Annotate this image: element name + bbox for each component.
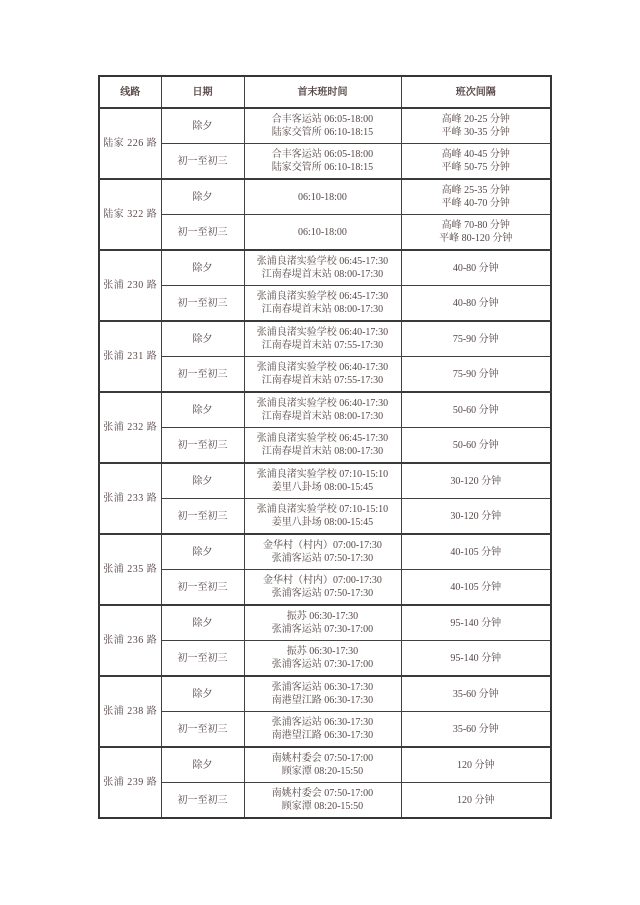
- date-cell: 初一至初三: [161, 641, 244, 677]
- interval-cell-line: 95-140 分钟: [404, 652, 549, 665]
- schedule-row: 张浦 232 路除夕张浦良渚实验学校 06:40-17:30江南春堤首末站 08…: [99, 392, 551, 428]
- route-cell: 张浦 233 路: [99, 463, 161, 534]
- date-cell-line: 除夕: [164, 120, 242, 133]
- times-cell-line: 张浦客运站 07:30-17:00: [247, 658, 399, 671]
- date-cell: 除夕: [161, 676, 244, 712]
- times-cell-line: 张浦良渚实验学校 06:45-17:30: [247, 255, 399, 268]
- interval-cell-line: 50-60 分钟: [404, 439, 549, 452]
- table-body: 陆家 226 路除夕合丰客运站 06:05-18:00陆家交管所 06:10-1…: [99, 108, 551, 818]
- date-cell: 初一至初三: [161, 499, 244, 535]
- times-cell-line: 南港望江路 06:30-17:30: [247, 729, 399, 742]
- schedule-row: 初一至初三06:10-18:00高峰 70-80 分钟平峰 80-120 分钟: [99, 215, 551, 251]
- date-cell-line: 初一至初三: [164, 581, 242, 594]
- times-cell: 金华村（村内）07:00-17:30张浦客运站 07:50-17:30: [244, 570, 401, 606]
- times-cell-line: 陆家交管所 06:10-18:15: [247, 161, 399, 174]
- times-cell-line: 张浦良渚实验学校 06:40-17:30: [247, 326, 399, 339]
- date-cell-line: 初一至初三: [164, 155, 242, 168]
- date-cell: 除夕: [161, 108, 244, 144]
- schedule-row: 张浦 235 路除夕金华村（村内）07:00-17:30张浦客运站 07:50-…: [99, 534, 551, 570]
- interval-cell-line: 40-105 分钟: [404, 581, 549, 594]
- times-cell: 06:10-18:00: [244, 179, 401, 215]
- times-cell: 合丰客运站 06:05-18:00陆家交管所 06:10-18:15: [244, 144, 401, 180]
- times-cell: 合丰客运站 06:05-18:00陆家交管所 06:10-18:15: [244, 108, 401, 144]
- times-cell-line: 张浦良渚实验学校 07:10-15:10: [247, 468, 399, 481]
- times-cell-line: 张浦良渚实验学校 06:40-17:30: [247, 361, 399, 374]
- interval-cell: 120 分钟: [401, 747, 551, 783]
- date-cell: 初一至初三: [161, 357, 244, 393]
- interval-cell-line: 高峰 70-80 分钟: [404, 219, 549, 232]
- times-cell: 南姚村委会 07:50-17:00顾家潭 08:20-15:50: [244, 747, 401, 783]
- interval-cell: 35-60 分钟: [401, 712, 551, 748]
- interval-cell: 40-105 分钟: [401, 534, 551, 570]
- date-cell: 初一至初三: [161, 286, 244, 322]
- interval-cell-line: 50-60 分钟: [404, 404, 549, 417]
- times-cell: 张浦客运站 06:30-17:30南港望江路 06:30-17:30: [244, 676, 401, 712]
- times-cell-line: 江南春堤首末站 08:00-17:30: [247, 410, 399, 423]
- times-cell: 张浦客运站 06:30-17:30南港望江路 06:30-17:30: [244, 712, 401, 748]
- date-cell: 除夕: [161, 747, 244, 783]
- times-cell-line: 合丰客运站 06:05-18:00: [247, 148, 399, 161]
- interval-cell-line: 75-90 分钟: [404, 333, 549, 346]
- times-cell-line: 江南春堤首末站 07:55-17:30: [247, 374, 399, 387]
- schedule-row: 张浦 230 路除夕张浦良渚实验学校 06:45-17:30江南春堤首末站 08…: [99, 250, 551, 286]
- col-header-date: 日期: [161, 76, 244, 108]
- times-cell: 南姚村委会 07:50-17:00顾家潭 08:20-15:50: [244, 783, 401, 819]
- times-cell-line: 南港望江路 06:30-17:30: [247, 694, 399, 707]
- interval-cell-line: 高峰 20-25 分钟: [404, 113, 549, 126]
- times-cell-line: 张浦客运站 07:50-17:30: [247, 552, 399, 565]
- date-cell-line: 初一至初三: [164, 226, 242, 239]
- interval-cell-line: 35-60 分钟: [404, 723, 549, 736]
- date-cell-line: 除夕: [164, 404, 242, 417]
- interval-cell-line: 75-90 分钟: [404, 368, 549, 381]
- times-cell: 振苏 06:30-17:30张浦客运站 07:30-17:00: [244, 605, 401, 641]
- schedule-row: 初一至初三张浦良渚实验学校 07:10-15:10姜里八卦场 08:00-15:…: [99, 499, 551, 535]
- date-cell: 除夕: [161, 605, 244, 641]
- interval-cell-line: 120 分钟: [404, 759, 549, 772]
- date-cell: 除夕: [161, 392, 244, 428]
- date-cell: 除夕: [161, 179, 244, 215]
- schedule-row: 初一至初三张浦良渚实验学校 06:45-17:30江南春堤首末站 08:00-1…: [99, 286, 551, 322]
- date-cell-line: 除夕: [164, 475, 242, 488]
- interval-cell-line: 高峰 25-35 分钟: [404, 184, 549, 197]
- times-cell: 张浦良渚实验学校 07:10-15:10姜里八卦场 08:00-15:45: [244, 499, 401, 535]
- date-cell: 初一至初三: [161, 428, 244, 464]
- interval-cell-line: 平峰 40-70 分钟: [404, 197, 549, 210]
- interval-cell-line: 95-140 分钟: [404, 617, 549, 630]
- interval-cell: 95-140 分钟: [401, 641, 551, 677]
- times-cell-line: 张浦良渚实验学校 06:45-17:30: [247, 432, 399, 445]
- interval-cell: 120 分钟: [401, 783, 551, 819]
- times-cell-line: 顾家潭 08:20-15:50: [247, 765, 399, 778]
- times-cell-line: 江南春堤首末站 08:00-17:30: [247, 268, 399, 281]
- date-cell: 初一至初三: [161, 570, 244, 606]
- times-cell-line: 顾家潭 08:20-15:50: [247, 800, 399, 813]
- date-cell: 初一至初三: [161, 215, 244, 251]
- interval-cell: 35-60 分钟: [401, 676, 551, 712]
- times-cell-line: 江南春堤首末站 08:00-17:30: [247, 303, 399, 316]
- interval-cell-line: 高峰 40-45 分钟: [404, 148, 549, 161]
- times-cell-line: 陆家交管所 06:10-18:15: [247, 126, 399, 139]
- times-cell-line: 振苏 06:30-17:30: [247, 610, 399, 623]
- interval-cell: 50-60 分钟: [401, 392, 551, 428]
- times-cell-line: 张浦客运站 06:30-17:30: [247, 716, 399, 729]
- times-cell-line: 江南春堤首末站 07:55-17:30: [247, 339, 399, 352]
- interval-cell: 75-90 分钟: [401, 321, 551, 357]
- schedule-row: 陆家 322 路除夕06:10-18:00高峰 25-35 分钟平峰 40-70…: [99, 179, 551, 215]
- date-cell: 除夕: [161, 463, 244, 499]
- date-cell-line: 初一至初三: [164, 652, 242, 665]
- date-cell-line: 初一至初三: [164, 510, 242, 523]
- times-cell: 张浦良渚实验学校 06:40-17:30江南春堤首末站 07:55-17:30: [244, 357, 401, 393]
- date-cell-line: 除夕: [164, 191, 242, 204]
- schedule-row: 初一至初三南姚村委会 07:50-17:00顾家潭 08:20-15:50120…: [99, 783, 551, 819]
- interval-cell-line: 40-105 分钟: [404, 546, 549, 559]
- interval-cell: 40-80 分钟: [401, 250, 551, 286]
- interval-cell: 30-120 分钟: [401, 499, 551, 535]
- times-cell: 金华村（村内）07:00-17:30张浦客运站 07:50-17:30: [244, 534, 401, 570]
- interval-cell-line: 平峰 30-35 分钟: [404, 126, 549, 139]
- route-cell: 张浦 231 路: [99, 321, 161, 392]
- schedule-row: 初一至初三张浦良渚实验学校 06:45-17:30江南春堤首末站 08:00-1…: [99, 428, 551, 464]
- col-header-interval: 班次间隔: [401, 76, 551, 108]
- times-cell: 张浦良渚实验学校 06:45-17:30江南春堤首末站 08:00-17:30: [244, 286, 401, 322]
- interval-cell: 40-105 分钟: [401, 570, 551, 606]
- schedule-row: 张浦 238 路除夕张浦客运站 06:30-17:30南港望江路 06:30-1…: [99, 676, 551, 712]
- date-cell: 初一至初三: [161, 144, 244, 180]
- interval-cell: 95-140 分钟: [401, 605, 551, 641]
- schedule-row: 张浦 239 路除夕南姚村委会 07:50-17:00顾家潭 08:20-15:…: [99, 747, 551, 783]
- schedule-row: 张浦 231 路除夕张浦良渚实验学校 06:40-17:30江南春堤首末站 07…: [99, 321, 551, 357]
- interval-cell-line: 120 分钟: [404, 794, 549, 807]
- times-cell-line: 南姚村委会 07:50-17:00: [247, 752, 399, 765]
- route-cell: 张浦 238 路: [99, 676, 161, 747]
- col-header-route: 线路: [99, 76, 161, 108]
- schedule-sheet: 线路 日期 首末班时间 班次间隔 陆家 226 路除夕合丰客运站 06:05-1…: [98, 75, 552, 819]
- schedule-row: 张浦 233 路除夕张浦良渚实验学校 07:10-15:10姜里八卦场 08:0…: [99, 463, 551, 499]
- date-cell-line: 初一至初三: [164, 297, 242, 310]
- date-cell-line: 除夕: [164, 262, 242, 275]
- schedule-row: 初一至初三金华村（村内）07:00-17:30张浦客运站 07:50-17:30…: [99, 570, 551, 606]
- times-cell: 张浦良渚实验学校 06:45-17:30江南春堤首末站 08:00-17:30: [244, 250, 401, 286]
- date-cell-line: 除夕: [164, 546, 242, 559]
- route-cell: 张浦 230 路: [99, 250, 161, 321]
- times-cell: 张浦良渚实验学校 06:40-17:30江南春堤首末站 07:55-17:30: [244, 321, 401, 357]
- interval-cell: 40-80 分钟: [401, 286, 551, 322]
- times-cell: 张浦良渚实验学校 07:10-15:10姜里八卦场 08:00-15:45: [244, 463, 401, 499]
- times-cell: 张浦良渚实验学校 06:45-17:30江南春堤首末站 08:00-17:30: [244, 428, 401, 464]
- date-cell-line: 初一至初三: [164, 723, 242, 736]
- date-cell-line: 除夕: [164, 333, 242, 346]
- route-cell: 张浦 232 路: [99, 392, 161, 463]
- times-cell-line: 姜里八卦场 08:00-15:45: [247, 481, 399, 494]
- interval-cell: 高峰 40-45 分钟平峰 50-75 分钟: [401, 144, 551, 180]
- interval-cell: 30-120 分钟: [401, 463, 551, 499]
- interval-cell: 75-90 分钟: [401, 357, 551, 393]
- date-cell: 除夕: [161, 321, 244, 357]
- date-cell: 初一至初三: [161, 712, 244, 748]
- route-cell: 陆家 226 路: [99, 108, 161, 179]
- route-cell: 陆家 322 路: [99, 179, 161, 250]
- header-row: 线路 日期 首末班时间 班次间隔: [99, 76, 551, 108]
- schedule-row: 初一至初三张浦良渚实验学校 06:40-17:30江南春堤首末站 07:55-1…: [99, 357, 551, 393]
- times-cell-line: 张浦客运站 06:30-17:30: [247, 681, 399, 694]
- interval-cell: 高峰 70-80 分钟平峰 80-120 分钟: [401, 215, 551, 251]
- col-header-times: 首末班时间: [244, 76, 401, 108]
- date-cell: 初一至初三: [161, 783, 244, 819]
- date-cell: 除夕: [161, 250, 244, 286]
- times-cell-line: 张浦客运站 07:30-17:00: [247, 623, 399, 636]
- times-cell-line: 张浦良渚实验学校 07:10-15:10: [247, 503, 399, 516]
- interval-cell-line: 平峰 50-75 分钟: [404, 161, 549, 174]
- times-cell-line: 06:10-18:00: [247, 191, 399, 204]
- date-cell-line: 初一至初三: [164, 794, 242, 807]
- times-cell-line: 张浦客运站 07:50-17:30: [247, 587, 399, 600]
- times-cell-line: 合丰客运站 06:05-18:00: [247, 113, 399, 126]
- times-cell-line: 张浦良渚实验学校 06:45-17:30: [247, 290, 399, 303]
- times-cell-line: 振苏 06:30-17:30: [247, 645, 399, 658]
- route-cell: 张浦 236 路: [99, 605, 161, 676]
- interval-cell: 50-60 分钟: [401, 428, 551, 464]
- date-cell-line: 除夕: [164, 759, 242, 772]
- date-cell-line: 除夕: [164, 688, 242, 701]
- interval-cell: 高峰 20-25 分钟平峰 30-35 分钟: [401, 108, 551, 144]
- date-cell-line: 初一至初三: [164, 439, 242, 452]
- date-cell-line: 除夕: [164, 617, 242, 630]
- times-cell-line: 06:10-18:00: [247, 226, 399, 239]
- bus-schedule-table: 线路 日期 首末班时间 班次间隔 陆家 226 路除夕合丰客运站 06:05-1…: [98, 75, 552, 819]
- times-cell: 振苏 06:30-17:30张浦客运站 07:30-17:00: [244, 641, 401, 677]
- times-cell: 张浦良渚实验学校 06:40-17:30江南春堤首末站 08:00-17:30: [244, 392, 401, 428]
- route-cell: 张浦 239 路: [99, 747, 161, 818]
- interval-cell-line: 30-120 分钟: [404, 475, 549, 488]
- interval-cell-line: 40-80 分钟: [404, 297, 549, 310]
- times-cell-line: 南姚村委会 07:50-17:00: [247, 787, 399, 800]
- table-header: 线路 日期 首末班时间 班次间隔: [99, 76, 551, 108]
- times-cell-line: 江南春堤首末站 08:00-17:30: [247, 445, 399, 458]
- schedule-row: 初一至初三合丰客运站 06:05-18:00陆家交管所 06:10-18:15高…: [99, 144, 551, 180]
- times-cell-line: 张浦良渚实验学校 06:40-17:30: [247, 397, 399, 410]
- interval-cell: 高峰 25-35 分钟平峰 40-70 分钟: [401, 179, 551, 215]
- schedule-row: 张浦 236 路除夕振苏 06:30-17:30张浦客运站 07:30-17:0…: [99, 605, 551, 641]
- date-cell-line: 初一至初三: [164, 368, 242, 381]
- schedule-row: 初一至初三振苏 06:30-17:30张浦客运站 07:30-17:0095-1…: [99, 641, 551, 677]
- times-cell-line: 金华村（村内）07:00-17:30: [247, 574, 399, 587]
- times-cell: 06:10-18:00: [244, 215, 401, 251]
- interval-cell-line: 30-120 分钟: [404, 510, 549, 523]
- times-cell-line: 金华村（村内）07:00-17:30: [247, 539, 399, 552]
- times-cell-line: 姜里八卦场 08:00-15:45: [247, 516, 399, 529]
- route-cell: 张浦 235 路: [99, 534, 161, 605]
- interval-cell-line: 40-80 分钟: [404, 262, 549, 275]
- interval-cell-line: 平峰 80-120 分钟: [404, 232, 549, 245]
- date-cell: 除夕: [161, 534, 244, 570]
- interval-cell-line: 35-60 分钟: [404, 688, 549, 701]
- schedule-row: 陆家 226 路除夕合丰客运站 06:05-18:00陆家交管所 06:10-1…: [99, 108, 551, 144]
- schedule-row: 初一至初三张浦客运站 06:30-17:30南港望江路 06:30-17:303…: [99, 712, 551, 748]
